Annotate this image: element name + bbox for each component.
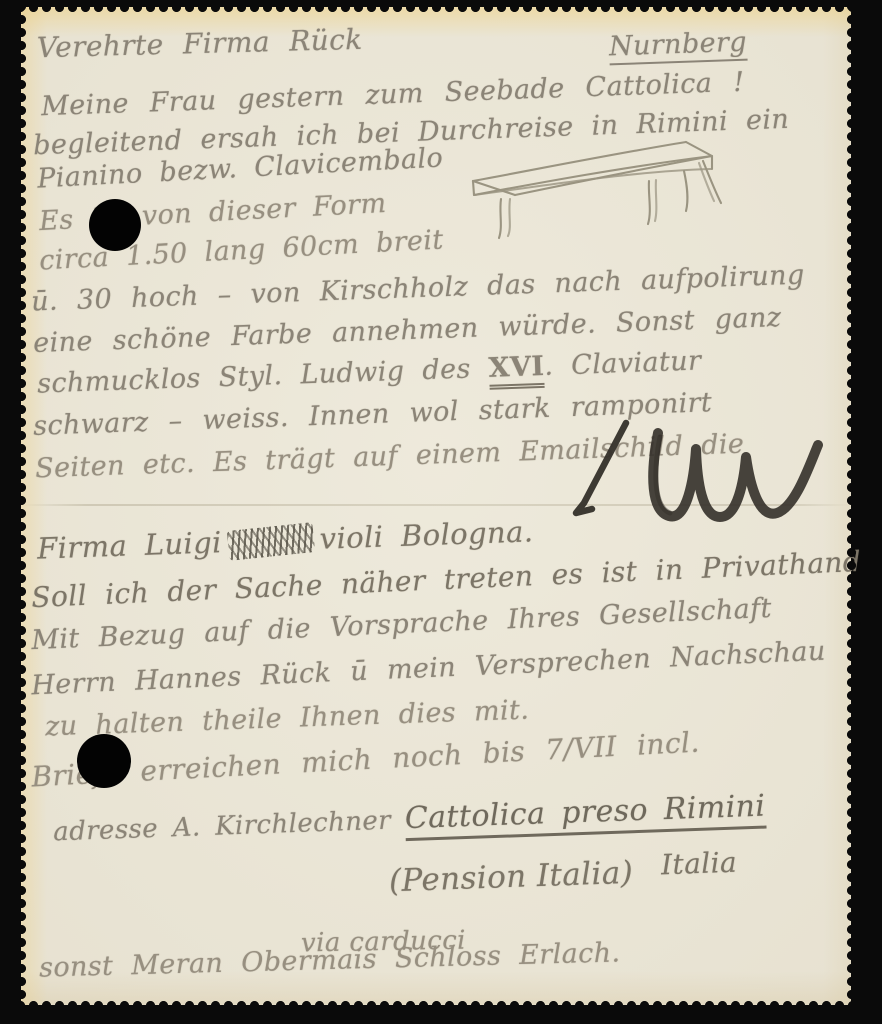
pencil-scribble xyxy=(556,407,836,547)
handwritten-line: sonst Meran Obermais Schloss Erlach. xyxy=(39,937,621,983)
perforated-edge-right xyxy=(845,0,858,1012)
perforated-edge-top xyxy=(14,1,858,14)
scribbled-out-word xyxy=(226,522,315,561)
line-text: schmucklos Styl. Ludwig des xyxy=(37,353,489,400)
roman-numeral-double-underlined: XVI xyxy=(488,351,545,390)
line-text: adresse A. Kirchlechner xyxy=(53,806,392,848)
perforated-edge-bottom xyxy=(14,999,858,1012)
handwritten-line: adresse A. KirchlechnerCattolica preso R… xyxy=(53,789,766,849)
handwritten-line: Italia xyxy=(660,846,737,882)
line-text: violi Bologna. xyxy=(319,514,534,555)
punch-hole-bottom xyxy=(77,734,131,788)
handwritten-city: Nurnberg xyxy=(609,27,748,63)
perforated-edge-left xyxy=(15,0,28,1012)
handwritten-line: Firma Luigivioli Bologna. xyxy=(37,514,534,565)
line-text: . Claviatur xyxy=(544,345,702,381)
piano-sketch xyxy=(453,129,733,249)
letter-card-paper: Verehrte Firma Rück Nurnberg Meine Frau … xyxy=(21,7,851,1005)
address-underlined-text: Cattolica preso Rimini xyxy=(404,789,766,842)
punch-hole-top xyxy=(89,199,141,251)
scanned-letter-photo: { "scene": { "background_color": "#0a0a0… xyxy=(0,0,882,1024)
city-underlined-text: Nurnberg xyxy=(609,27,748,66)
handwritten-line: (Pension Italia) xyxy=(388,855,633,899)
handwritten-salutation: Verehrte Firma Rück xyxy=(37,23,363,65)
line-text: Firma Luigi xyxy=(37,525,223,565)
handwritten-line: zu halten theile Ihnen dies mit. xyxy=(45,695,530,743)
